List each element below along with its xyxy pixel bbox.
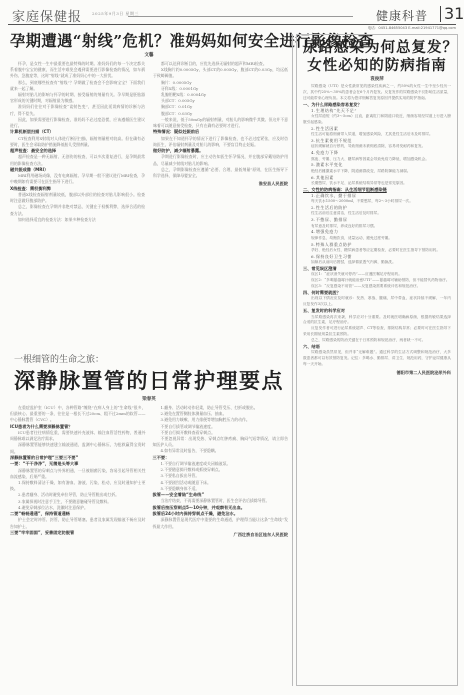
paragraph: 孕期进行影像检查时，应主动告知医生怀孕情况，并在腹部穿戴铅防护用品，尽量减少射线…: [153, 154, 288, 166]
paragraph: 女性尿道短（约3～5cm）且直，距离肛门和阴道口较近，细菌容易经尿道上行进入膀胱…: [303, 114, 451, 126]
masthead-underline: [8, 24, 456, 25]
article-headline-line2: 女性必知的防病指南: [303, 57, 451, 75]
paragraph: 反复发作者可进行泌尿系统超声、CT等检查，排除结构异常；必要时可在医生指导下采用…: [303, 326, 451, 338]
contact-info: 电话：0451-84655043 E-mail:21941771@qq.com: [310, 26, 456, 31]
article-column-right: 1.翻身、活动时动作轻柔，防止导管受压、打折或脱出。2.避免在置管侧肢体测量血压…: [153, 405, 289, 538]
paragraph: 因此，如果需要进行影像检查，准妈妈不必过度恐慌，应该遵循医生建议进行。: [10, 117, 145, 129]
paragraph: 准妈妈们往往对于影像检查“谈射色变”，甚至因此延误病情的诊断与治疗，得不偿失。: [10, 104, 145, 116]
paragraph: CT检查利用X射线对人体进行断层扫描，辐射剂量相对较高。但在确有必要时，医生会采…: [10, 136, 145, 148]
paragraph: 出现以下情况应及时就诊：发热、寒战、腰痛，尿中带血，症状持续不缓解，一年内反复发…: [303, 296, 451, 308]
article-headline: 深静脉置管的日常护理要点: [10, 365, 288, 395]
paragraph: 辐射对胎儿的影响与怀孕的时期、接受辐射的剂量有关。孕早期是胚胎器官形成的关键时期…: [10, 92, 145, 104]
article-pregnancy-imaging: 孕期遭遇“射线”危机？准妈妈如何安全进行影像检查 文馨 怀孕，是女性一生中最重要…: [10, 30, 288, 223]
article-deep-vein-catheter: 一根细管的生命之旅： 深静脉置管的日常护理要点 梁春英 在重症监护室（ICU）中…: [10, 352, 288, 538]
paragraph: 护士会定时冲管、封管，防止导管堵塞。患者及家属发现输液不畅应及时告知护士。: [10, 517, 146, 529]
paragraph: 深静脉置管的穿刺点与外界相通，一旦被细菌污染，容易引起导管相关性血流感染，后果严…: [10, 468, 146, 480]
paragraph: 不要忽视异常：出现发热、穿刺点红肿疼痛、胸闷气短等情况，请立即告知医护人员。: [153, 436, 289, 448]
page-number: 31: [444, 4, 464, 23]
page-number-divider: [440, 6, 441, 22]
article-intro: 尿路感染（UTI）是女性最常见的感染性疾病之一，约50%的女性一生中至少经历一次…: [303, 84, 451, 102]
paragraph: 在重症监护室（ICU）中，各种管路“缠绕”在病人身上的“生命线”很多，但最核心、…: [10, 405, 146, 424]
article-headline-line1: 尿路感染为何总复发？: [303, 39, 451, 57]
paragraph: 怀孕，是女性一生中最重要也最特殊的时期。准妈妈们的每一个决定都关系着腹中宝宝的健…: [10, 61, 145, 80]
column-divider: [292, 34, 293, 686]
paragraph: 普通X线检查辐射剂量较低，腹部以外部位的检查对胎儿影响很小。检查时注意做好腹部防…: [10, 192, 145, 204]
article-source: 广西壮族自治区桂东人民医院: [153, 532, 289, 538]
paragraph: 当治疗结束，不再需要深静脉置管时，医生会评估后拔除导管。: [153, 498, 289, 504]
paragraph: 超声检查是一种无辐射、无创伤的检查，可以多次重复进行，是孕期最常用的影像检查方法…: [10, 154, 145, 166]
section-heading: 三要“牢牢固固”，妥善固定防脱管: [10, 530, 146, 536]
paragraph: 如何选择适宜的检查方法：如果多种检查方法: [10, 217, 145, 223]
article-uti-guide: 尿路感染为何总复发？ 女性必知的防病指南 袁俊萍 尿路感染（UTI）是女性最常见…: [296, 34, 458, 686]
article-byline: 文馨: [10, 52, 288, 58]
paragraph: 那么，到底哪些检查有“射线”？孕期做了检查会不会影响宝宝？下面我们就来一起了解。: [10, 80, 145, 92]
article-source: 淮安县人民医院: [153, 181, 288, 187]
masthead: 家庭保健报 2025年9月3日 星期三 健康科普 31: [8, 4, 456, 24]
paragraph: 尿路感染虽然常见，但并非“无解难题”。通过科学的生活方式调整和规范治疗，大多数患…: [303, 350, 451, 368]
paragraph: 一般来说，低于50mGy的辐射剂量，对胎儿的影响微乎其微。但这并不意味着可以随意…: [153, 117, 288, 129]
article-column-left: 在重症监护室（ICU）中，各种管路“缠绕”在病人身上的“生命线”很多，但最核心、…: [10, 405, 146, 538]
article-source: 德阳市第二人民医院泌尿外科: [303, 370, 451, 376]
paragraph: 孕妇、绝经后女性、糖尿病患者等应定期检查，必要时在医生指导下预防用药。: [303, 248, 451, 254]
paper-name: 家庭保健报: [12, 6, 82, 25]
paragraph: 深静脉置管是现代医疗中重要的生命通道，护理得当能让这条“生命线”发挥最大作用。: [153, 517, 289, 529]
paragraph: 1.保持敷料清洁干燥，如有渗血、渗液、污染、松动，应及时通知护士更换。: [10, 480, 146, 492]
masthead-rule: [128, 16, 353, 17]
paragraph: 总之，孕期影像检查应遵循“必要、合理、最低剂量”原则，在医生指导下科学选择，保障…: [153, 167, 288, 179]
paragraph: 总之，影像检查在孕期并非绝对禁忌，关键在于权衡利弊，选择合适的检查方法。: [10, 204, 145, 216]
article-kicker: 一根细管的生命之旅：: [14, 352, 288, 365]
paragraph: 深静脉置管能够快速建立输液通道，监测中心静脉压，为抢救赢得宝贵时间。: [10, 442, 146, 454]
paragraph: 当尿路感染再次来袭，科学应对十分重要。及时就医明确病原菌，根据药敏结果选择合适的…: [303, 315, 451, 327]
section-title: 健康科普: [376, 7, 428, 24]
article-byline: 梁春英: [10, 396, 288, 402]
article-column-left: 怀孕，是女性一生中最重要也最特殊的时期。准妈妈们的每一个决定都关系着腹中宝宝的健…: [10, 61, 145, 223]
paragraph: X线胸片约0.0005Gy，头部CT约0.005Gy，腹部CT约0.03Gy，均…: [153, 67, 288, 79]
paragraph: 如果在不知道怀孕的情况下进行了影像检查，也不必过度紧张，应及时咨询医生，评估辐射…: [153, 136, 288, 148]
paragraph: MRI利用磁场成像，没有电离辐射。孕早期一般不建议进行MRI检查，孕中晚期如有需…: [10, 173, 145, 185]
article-headline: 孕期遭遇“射线”危机？准妈妈如何安全进行影像检查: [10, 30, 288, 51]
article-byline: 袁俊萍: [303, 76, 451, 82]
paragraph: ICU患者往往病情危重，需要快速补充液体、输注血管活性药物，普通外周静脉难以满足…: [10, 430, 146, 442]
article-sections: 一、为什么尿路感染容易复发？1.生理结构“先天不足”女性尿道短（约3～5cm）且…: [303, 102, 451, 368]
article-column-right: 都可以达到诊断目的，应优先选择无辐射的超声和MRI检查。X线胸片约0.0005G…: [153, 61, 288, 223]
